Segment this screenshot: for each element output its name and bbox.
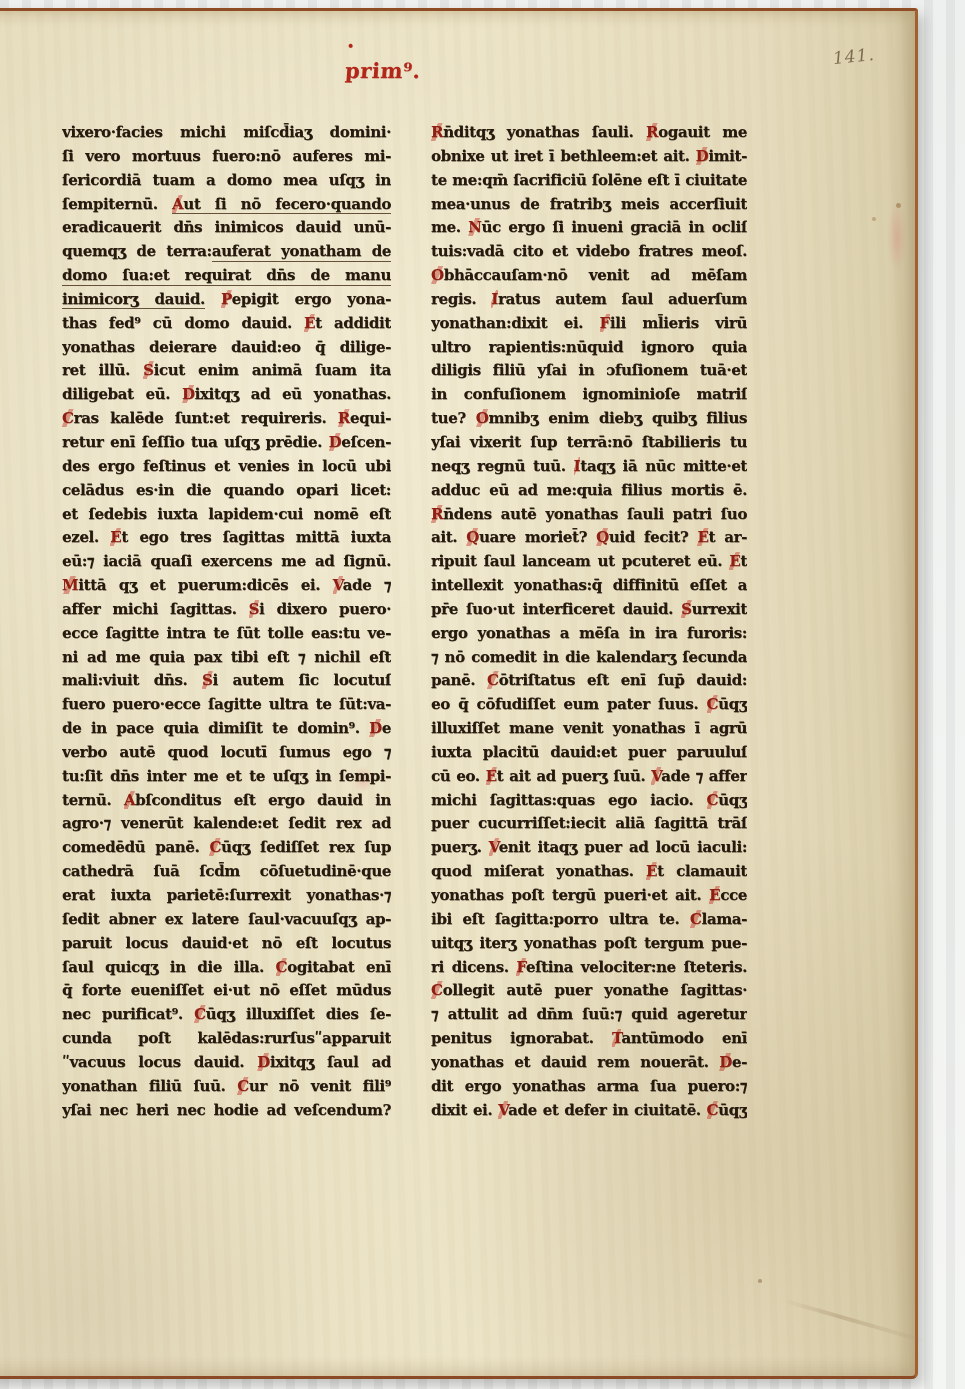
manuscript-scan: · prim⁹. 141. vixero·facies michi miſcd̄… [0,0,965,1389]
text-line: uitqʒ iterʒ yonathas poſt tergum pue- [431,932,747,956]
text-line: ni ad me quia pax tibi eſt ⁊ nichil eſt [62,646,391,670]
rubricated-initial: E [486,767,497,785]
rubricated-initial: A [172,195,183,213]
text-line: ſedit abner ex latere ſaul·vacuuſqʒ ap- [62,908,391,932]
text-line: iuxta placitū dauid:et puer paruuluſ [431,741,747,765]
rubricated-initial: C [209,838,221,856]
text-line: diligis filiū yſai in ɔfuſionem tuā·et [431,359,747,383]
text-line: regis. Iratus autem ſaul aduerſum [431,288,747,312]
text-line: ʺvacuus locus dauid. Dixitqʒ ſaul ad [62,1051,391,1075]
rubricated-initial: E [110,528,121,546]
text-line: tue? Omnibʒ enim diebʒ quibʒ filius [431,407,747,431]
text-line: ⁊ attulit ad dn̄m ſuū:⁊ quid ageretur [431,1003,747,1027]
rubricated-initial: R [431,505,443,523]
text-line: eo q̄ cōfudiſſet eum pater ſuus. Cūqʒ [431,693,747,717]
rubricated-initial: F [516,958,525,976]
text-column-left: vixero·facies michi miſcd̄iaʒ domini·ſi … [62,121,391,1122]
text-line: q̄ forte eueniſſet ei·ut nō eſſet mūdus [62,979,391,1003]
ink-underline: domo ſua:et requirat dn̄s de manu [62,266,391,286]
text-line: quod miſerat yonathas. Et clamauit [431,860,747,884]
text-line: verbo autē quod locutī ſumus ego ⁊ [62,741,391,765]
text-line: de in pace quia dimiſit te domin⁹. De [62,717,391,741]
ink-speck [872,217,876,221]
rubricated-initial: S [681,600,691,618]
text-line: panē. Cōtriſtatus eſt enī ſup̄ dauid: [431,669,747,693]
text-line: ret illū. Sicut enim animā ſuam ita [62,359,391,383]
rubricated-initial: R [338,409,350,427]
text-line: penitus ignorabat. Tantūmodo enī [431,1027,747,1051]
text-line: eū:⁊ iaciā quaſi exercens me ad ſignū. [62,550,391,574]
ink-underline: Aut ſi nō fecero·quando [172,195,391,215]
rubricated-initial: C [707,791,719,809]
rubricated-initial: D [369,719,382,737]
text-line: me. Nūc ergo ſi inueni graciā in ocliſ [431,216,747,240]
text-line: puerʒ. Venit itaqʒ puer ad locū iaculi: [431,836,747,860]
rubricated-initial: Q [466,528,479,546]
rubricated-initial: P [221,290,232,308]
rubricated-initial: C [62,409,74,427]
ink-underline: inimicorʒ dauid. [62,290,205,310]
rubricated-initial: R [646,123,658,141]
rubricated-initial: V [498,1101,508,1119]
text-line: ripuit ſaul lanceam ut pcuteret eū. Et [431,550,747,574]
text-line: cunda poſt kalēdas:rurſusʺapparuit [62,1027,391,1051]
rubricated-initial: O [476,409,489,427]
rubricated-initial: R [431,123,443,141]
text-line: yſai vixerit ſup terrā:nō ſtabilieris tu [431,431,747,455]
text-line: nec purificat⁹. Cūqʒ illuxiſſet dies ſe- [62,1003,391,1027]
rubricated-initial: C [690,910,702,928]
rubricated-initial: S [202,671,212,689]
text-line: adduc eū ad me:quia filius mortis ē. [431,479,747,503]
text-line: fuero puero·ecce ſagitte ultra te ſūt:va… [62,693,391,717]
text-line: dixit ei. Vade et defer in ciuitatē. Cūq… [431,1099,747,1123]
text-line: ri dicens. Feſtina velociter:ne ſteteris… [431,956,747,980]
rubricated-initial: D [257,1053,270,1071]
text-line: retur enī ſeſſio tua uſqʒ prēdie. Deſcen… [62,431,391,455]
folio-number: 141. [832,45,876,69]
rubricated-initial: E [646,862,657,880]
rubricated-initial: D [182,385,195,403]
text-line: ezel. Et ego tres ſagittas mittā iuxta [62,526,391,550]
rubricated-initial: C [707,1101,719,1119]
text-line: ait. Quare moriet̄? Quid fecit? Et ar- [431,526,747,550]
text-line: Mittā qʒ et puerum:dicēs ei. Vade ⁊ [62,574,391,598]
rubricated-initial: C [194,1005,206,1023]
rubricated-initial: V [333,576,343,594]
rubricated-initial: V [489,838,499,856]
text-line: Rn̄ditqʒ yonathas ſauli. Rogauit me [431,121,747,145]
rubricated-initial: C [237,1077,249,1095]
rubricated-initial: C [487,671,499,689]
rubricated-initial: C [707,695,719,713]
text-line: thas fed⁹ cū domo dauid. Et addidit [62,312,391,336]
text-line: tu:ſit dn̄s inter me et te uſqʒ in ſempi… [62,765,391,789]
text-line: mali:viuit dn̄s. Si autem ſic locutuſ [62,669,391,693]
text-line: intellexit yonathas:q̄ diffinitū eſſet a [431,574,747,598]
text-line: ſaul quicqʒ in die illa. Cogitabat enī [62,956,391,980]
rubricated-initial: N [468,218,481,236]
text-line: ſi vero mortuus fuero:nō auferes mi- [62,145,391,169]
rubricated-initial: D [719,1053,732,1071]
text-line: inimicorʒ dauid. Pepigit ergo yona- [62,288,391,312]
text-line: dit ergo yonathas arma ſua puero:⁊ [431,1075,747,1099]
rubricated-initial: S [143,361,153,379]
pink-stain [884,189,910,285]
text-line: Obhāccauſam·nō venit ad mēſam [431,264,747,288]
text-line: et ſedebis iuxta lapidem·cui nomē eſt [62,503,391,527]
rubricated-initial: D [329,433,342,451]
text-line: domo ſua:et requirat dn̄s de manu [62,264,391,288]
rubricated-initial: F [600,314,610,332]
text-line: Rn̄dens autē yonathas ſauli patri ſuo [431,503,747,527]
rubricated-initial: I [491,290,498,308]
text-line: diligebat eū. Dixitqʒ ad eū yonathas. [62,383,391,407]
text-line: yonathas et dauid rem nouerāt. De- [431,1051,747,1075]
rubricated-initial: I [574,457,581,475]
ink-speck [758,1279,762,1283]
rubricated-initial: O [431,266,444,284]
rubricated-initial: S [249,600,259,618]
text-line: quemqʒ de terra:auferat yonatham de [62,240,391,264]
text-line: obnixe ut iret ī bethleem:et ait. Dimit- [431,145,747,169]
text-line: ſempiternū. Aut ſi nō fecero·quando [62,193,391,217]
text-line: ternū. Abſconditus eſt ergo dauid in [62,789,391,813]
text-line: cathedrā ſuā ſcd̄m cōſuetudinē·que [62,860,391,884]
text-column-right: Rn̄ditqʒ yonathas ſauli. Rogauit meobnix… [431,121,747,1122]
text-line: cū eo. Et ait ad puerʒ ſuū. Vade ⁊ affer [431,765,747,789]
rubricated-initial: T [612,1029,621,1047]
text-line: agro·⁊ venerūt kalende:et ſedit rex ad [62,812,391,836]
rubricated-initial: Q [596,528,609,546]
ink-speck [896,203,901,208]
rubricated-initial: E [304,314,315,332]
rubricated-initial: E [729,552,740,570]
parchment-page: · prim⁹. 141. vixero·facies michi miſcd̄… [0,8,918,1379]
text-line: affer michi ſagittas. Si dixero puero· [62,598,391,622]
rubricated-initial: E [709,886,720,904]
text-line: mea·unus de fratribʒ meis accerſiuit [431,193,747,217]
text-line: in confuſionem ignominioſe matriſ [431,383,747,407]
parchment-crease [782,1298,927,1343]
text-line: ſericordiā tuam a domo mea uſqʒ in [62,169,391,193]
text-line: pr̄e ſuo·ut interficeret dauid. Surrexit [431,598,747,622]
rubricated-initial: A [124,791,135,809]
text-line: te me:qm̄ ſacrificiū ſolēne eſt ī ciuita… [431,169,747,193]
text-line: neqʒ regnū tuū. Itaqʒ iā nūc mitte·et [431,455,747,479]
text-line: celādus es·in die quando opari licet: [62,479,391,503]
rubricated-initial: M [62,576,78,594]
text-line: paruit locus dauid·et nō eſt locutus [62,932,391,956]
text-line: ecce ſagitte intra te ſūt tolle eas:tu v… [62,622,391,646]
text-line: illuxiſſet mane venit yonathas ī agrū [431,717,747,741]
text-line: erat iuxta parietē:ſurrexit yonathas·⁊ [62,884,391,908]
text-line: michi ſagittas:quas ego iacio. Cūqʒ [431,789,747,813]
text-line: ultro rapientis:nūquid ignoro quia [431,336,747,360]
rubricated-initial: V [651,767,661,785]
text-line: yonathan:dixit ei. Fili ml̄ieris virū [431,312,747,336]
text-line: puer cucurriſſet:iecit aliā ſagittā trāſ [431,812,747,836]
text-line: eradicauerit dn̄s inimicos dauid unū- [62,216,391,240]
rubricated-initial: E [697,528,708,546]
running-title: · prim⁹. [344,33,437,83]
rubricated-initial: C [431,981,443,999]
text-line: yonathan filiū ſuū. Cur nō venit fili⁹ [62,1075,391,1099]
text-line: Collegit autē puer yonathe ſagittas· [431,979,747,1003]
text-line: ergo yonathas a mēſa in ira furoris: [431,622,747,646]
text-line: Cras kalēde ſunt:et requireris. Requi- [62,407,391,431]
text-line: yonathas poſt tergū pueri·et ait. Ecce [431,884,747,908]
text-line: yonathas deierare dauid:eo q̄ dilige- [62,336,391,360]
text-line: ⁊ nō comedit in die kalendarʒ ſecunda [431,646,747,670]
text-line: comedēdū panē. Cūqʒ ſediſſet rex ſup [62,836,391,860]
text-line: des ergo feſtinus et venies in locū ubi [62,455,391,479]
ink-underline: auferat yonatham de [212,242,391,262]
text-line: yſai nec heri nec hodie ad veſcendum? [62,1099,391,1123]
text-line: vixero·facies michi miſcd̄iaʒ domini· [62,121,391,145]
text-line: tuis:vadā cito et videbo fratres meoſ. [431,240,747,264]
text-line: ibi eſt ſagitta:porro ultra te. Clama- [431,908,747,932]
rubricated-initial: C [276,958,288,976]
rubricated-initial: D [696,147,709,165]
